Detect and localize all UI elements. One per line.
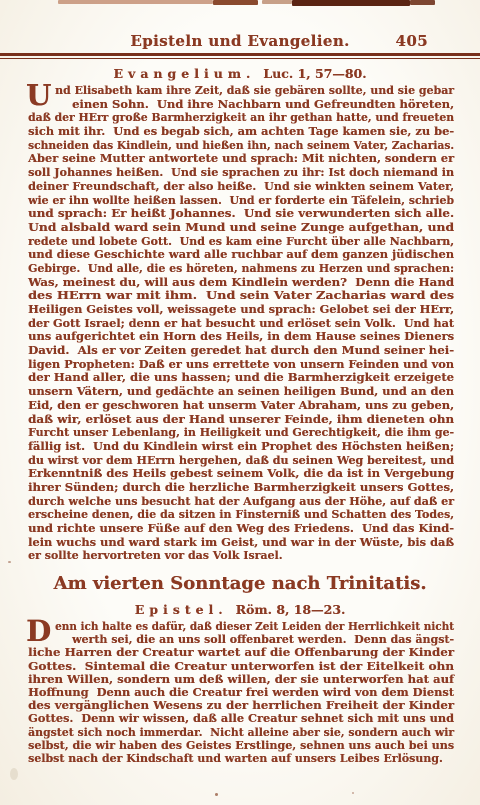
paper-speck (8, 561, 11, 563)
text-line: ligen Propheten: Daß er uns errettete vo… (28, 358, 454, 372)
text-line: selbst, die wir haben des Geistes Erstli… (28, 739, 454, 752)
paper-speck (352, 792, 354, 794)
text-line: lein wuchs und ward stark im Geist, und … (28, 536, 454, 550)
text-line: und sprach: Er heißt Johannes. Und sie v… (28, 207, 454, 221)
text-line: selbst nach der Kindschaft und warten au… (28, 752, 454, 765)
text-line: Eid, den er geschworen hat unserm Vater … (28, 399, 454, 413)
text-line: werth sei, die an uns soll offenbaret we… (28, 633, 454, 646)
section-title: Am vierten Sonntage nach Trinitatis. (0, 573, 480, 595)
paper-smudge (10, 768, 18, 780)
epistle-heading: Epistel.Röm. 8, 18—23. (0, 602, 480, 617)
text-line: daß der HErr große Barmherzigkeit an ihr… (28, 111, 454, 125)
book-page: Episteln und Evangelien. 405 Evangelium.… (0, 0, 480, 805)
text-line: wie er ihn wollte heißen lassen. Und er … (28, 194, 454, 208)
text-line: soll Johannes heißen. Und sie sprachen z… (28, 166, 454, 180)
text-line: und diese Geschichte ward alle ruchbar a… (28, 248, 454, 262)
gospel-heading: Evangelium.Luc. 1, 57—80. (0, 66, 480, 81)
text-line: der Gott Israel; denn er hat besucht und… (28, 317, 454, 331)
text-line: Und alsbald ward sein Mund und seine Zun… (28, 221, 454, 235)
text-line: David. Als er vor Zeiten geredet hat dur… (28, 344, 454, 358)
running-header-title: Episteln und Evangelien. (130, 32, 349, 50)
text-line: Aber seine Mutter antwortete und sprach:… (28, 152, 454, 166)
epistle-dropcap: D (26, 617, 51, 646)
gospel-lines: nd Elisabeth kam ihre Zeit, daß sie gebä… (28, 84, 454, 563)
text-line: ihrer Sünden; durch die herzliche Barmhe… (28, 481, 454, 495)
epistle-lines: enn ich halte es dafür, daß dieser Zeit … (28, 620, 454, 765)
text-line: sich mit ihr. Und es begab sich, am acht… (28, 125, 454, 139)
text-line: fällig ist. Und du Kindlein wirst ein Pr… (28, 440, 454, 454)
text-line: daß wir, erlöset aus der Hand unserer Fe… (28, 413, 454, 427)
text-line: und richte unsere Füße auf den Weg des F… (28, 522, 454, 536)
gospel-heading-label: Evangelium. (113, 66, 255, 81)
text-line: Gebirge. Und alle, die es höreten, nahme… (28, 262, 454, 276)
text-line: Hoffnung Denn auch die Creatur frei werd… (28, 686, 454, 699)
text-line: durch welche uns besucht hat der Aufgang… (28, 495, 454, 509)
header-rule (0, 53, 480, 59)
text-line: ängstet sich noch immerdar. Nicht allein… (28, 726, 454, 739)
gospel-text: U nd Elisabeth kam ihre Zeit, daß sie ge… (28, 84, 454, 563)
paper-speck (215, 793, 218, 796)
text-line: nd Elisabeth kam ihre Zeit, daß sie gebä… (28, 84, 454, 98)
text-line: redete und lobete Gott. Und es kam eine … (28, 235, 454, 249)
text-line: einen Sohn. Und ihre Nachbarn und Gefreu… (28, 98, 454, 112)
text-line: Heiligen Geistes voll, weissagete und sp… (28, 303, 454, 317)
text-line: unsern Vätern, und gedächte an seinen he… (28, 385, 454, 399)
page-number: 405 (395, 32, 428, 50)
text-line: Gottes. Sintemal die Creatur unterworfen… (28, 660, 454, 673)
text-line: Erkenntniß des Heils gebest seinem Volk,… (28, 467, 454, 481)
text-line: uns aufgerichtet ein Horn des Heils, in … (28, 330, 454, 344)
text-line: er sollte hervortreten vor das Volk Isra… (28, 549, 454, 563)
gospel-dropcap: U (26, 81, 51, 110)
running-header: Episteln und Evangelien. 405 (0, 0, 480, 50)
text-line: des vergänglichen Wesens zu der herrlich… (28, 699, 454, 712)
text-line: liche Harren der Creatur wartet auf die … (28, 646, 454, 659)
text-line: schneiden das Kindlein, und hießen ihn, … (28, 139, 454, 153)
epistle-heading-ref: Röm. 8, 18—23. (236, 602, 346, 617)
text-line: Was, meinest du, will aus dem Kindlein w… (28, 276, 454, 290)
gospel-heading-ref: Luc. 1, 57—80. (263, 66, 366, 81)
text-line: enn ich halte es dafür, daß dieser Zeit … (28, 620, 454, 633)
epistle-heading-label: Epistel. (135, 602, 228, 617)
text-line: du wirst vor dem HErrn hergehen, daß du … (28, 454, 454, 468)
epistle-text: D enn ich halte es dafür, daß dieser Zei… (28, 620, 454, 765)
text-line: deiner Freundschaft, der also heiße. Und… (28, 180, 454, 194)
text-line: ihren Willen, sondern um deß willen, der… (28, 673, 454, 686)
text-line: des HErrn war mit ihm. Und sein Vater Za… (28, 289, 454, 303)
text-line: der Hand aller, die uns hassen; und die … (28, 371, 454, 385)
text-line: Furcht unser Lebenlang, in Heiligkeit un… (28, 426, 454, 440)
text-line: Gottes. Denn wir wissen, daß alle Creatu… (28, 712, 454, 725)
text-line: erscheine denen, die da sitzen in Finste… (28, 508, 454, 522)
